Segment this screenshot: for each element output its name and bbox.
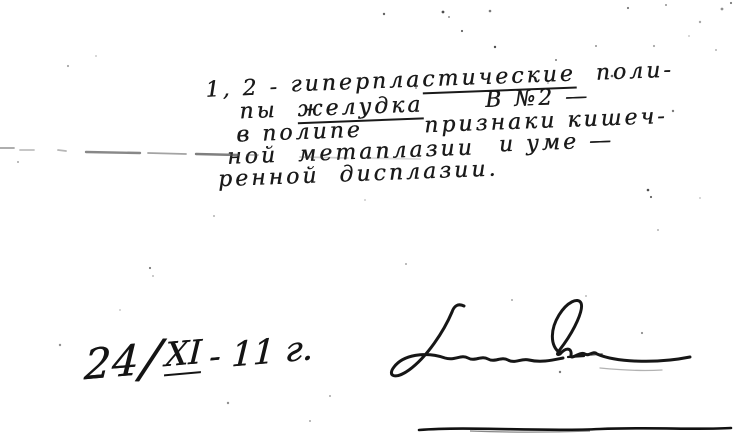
scanned-document-page: 1, 2 - гиперпластические поли- пы желудк… xyxy=(0,0,735,435)
scan-artifact-line xyxy=(0,148,420,159)
bottom-rule xyxy=(419,428,731,430)
bottom-rule-shadow xyxy=(470,431,590,432)
scan-overlay xyxy=(0,0,735,435)
signature-scrawl xyxy=(391,300,690,375)
